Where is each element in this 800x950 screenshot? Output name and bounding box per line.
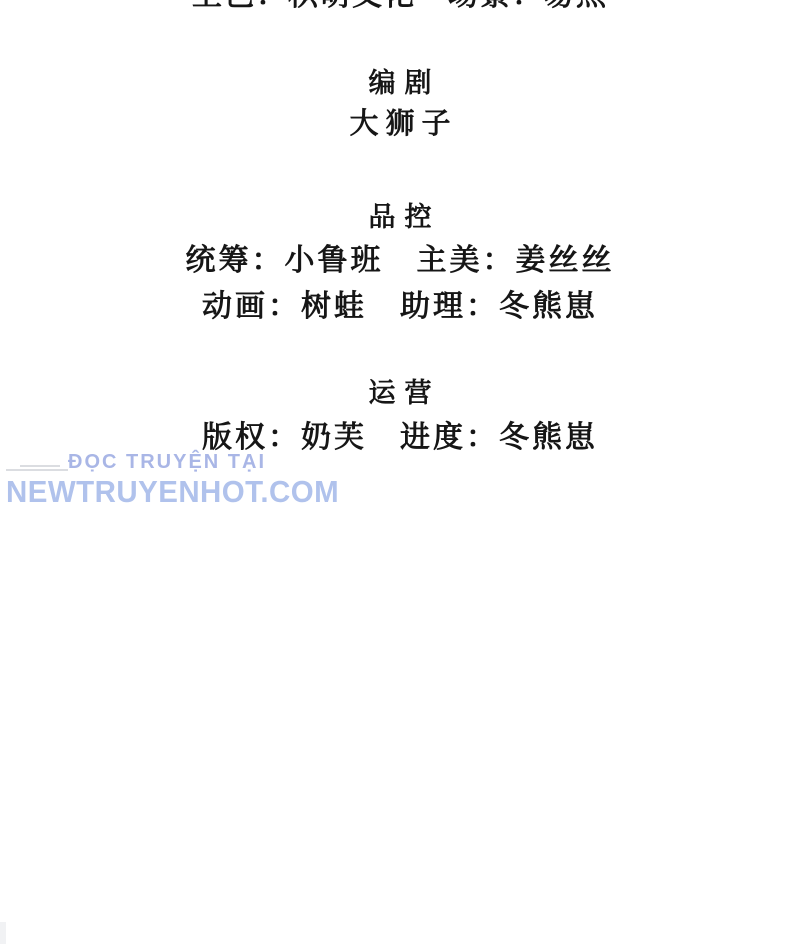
section-heading-quality-control: 品控 (0, 204, 800, 231)
credit-line-animation-assistant: 动画：树蛙 助理：冬熊崽 (0, 292, 800, 322)
comic-credits-page: 上色：积萌文化 场景：易点 编剧 大狮子 品控 统筹：小鲁班 主美：姜丝丝 动画… (0, 0, 800, 950)
watermark-site-name: NEWTRUYENHOT.COM (6, 474, 339, 510)
faint-scribble-artifact (6, 465, 68, 472)
credit-line-coordinator-artdirector: 统筹：小鲁班 主美：姜丝丝 (0, 246, 800, 276)
section-heading-screenwriter: 编剧 (0, 70, 800, 97)
watermark-line1: ĐỌC TRUYỆN TẠI (68, 451, 266, 474)
credit-line-screenwriter-name: 大狮子 (0, 110, 800, 139)
credit-line-copyright-progress: 版权：奶芙 进度：冬熊崽 (0, 423, 800, 453)
bottom-left-edge-artifact (0, 922, 6, 944)
section-heading-operations: 运营 (0, 380, 800, 407)
credits-top-line-partial: 上色：积萌文化 场景：易点 (0, 0, 800, 11)
